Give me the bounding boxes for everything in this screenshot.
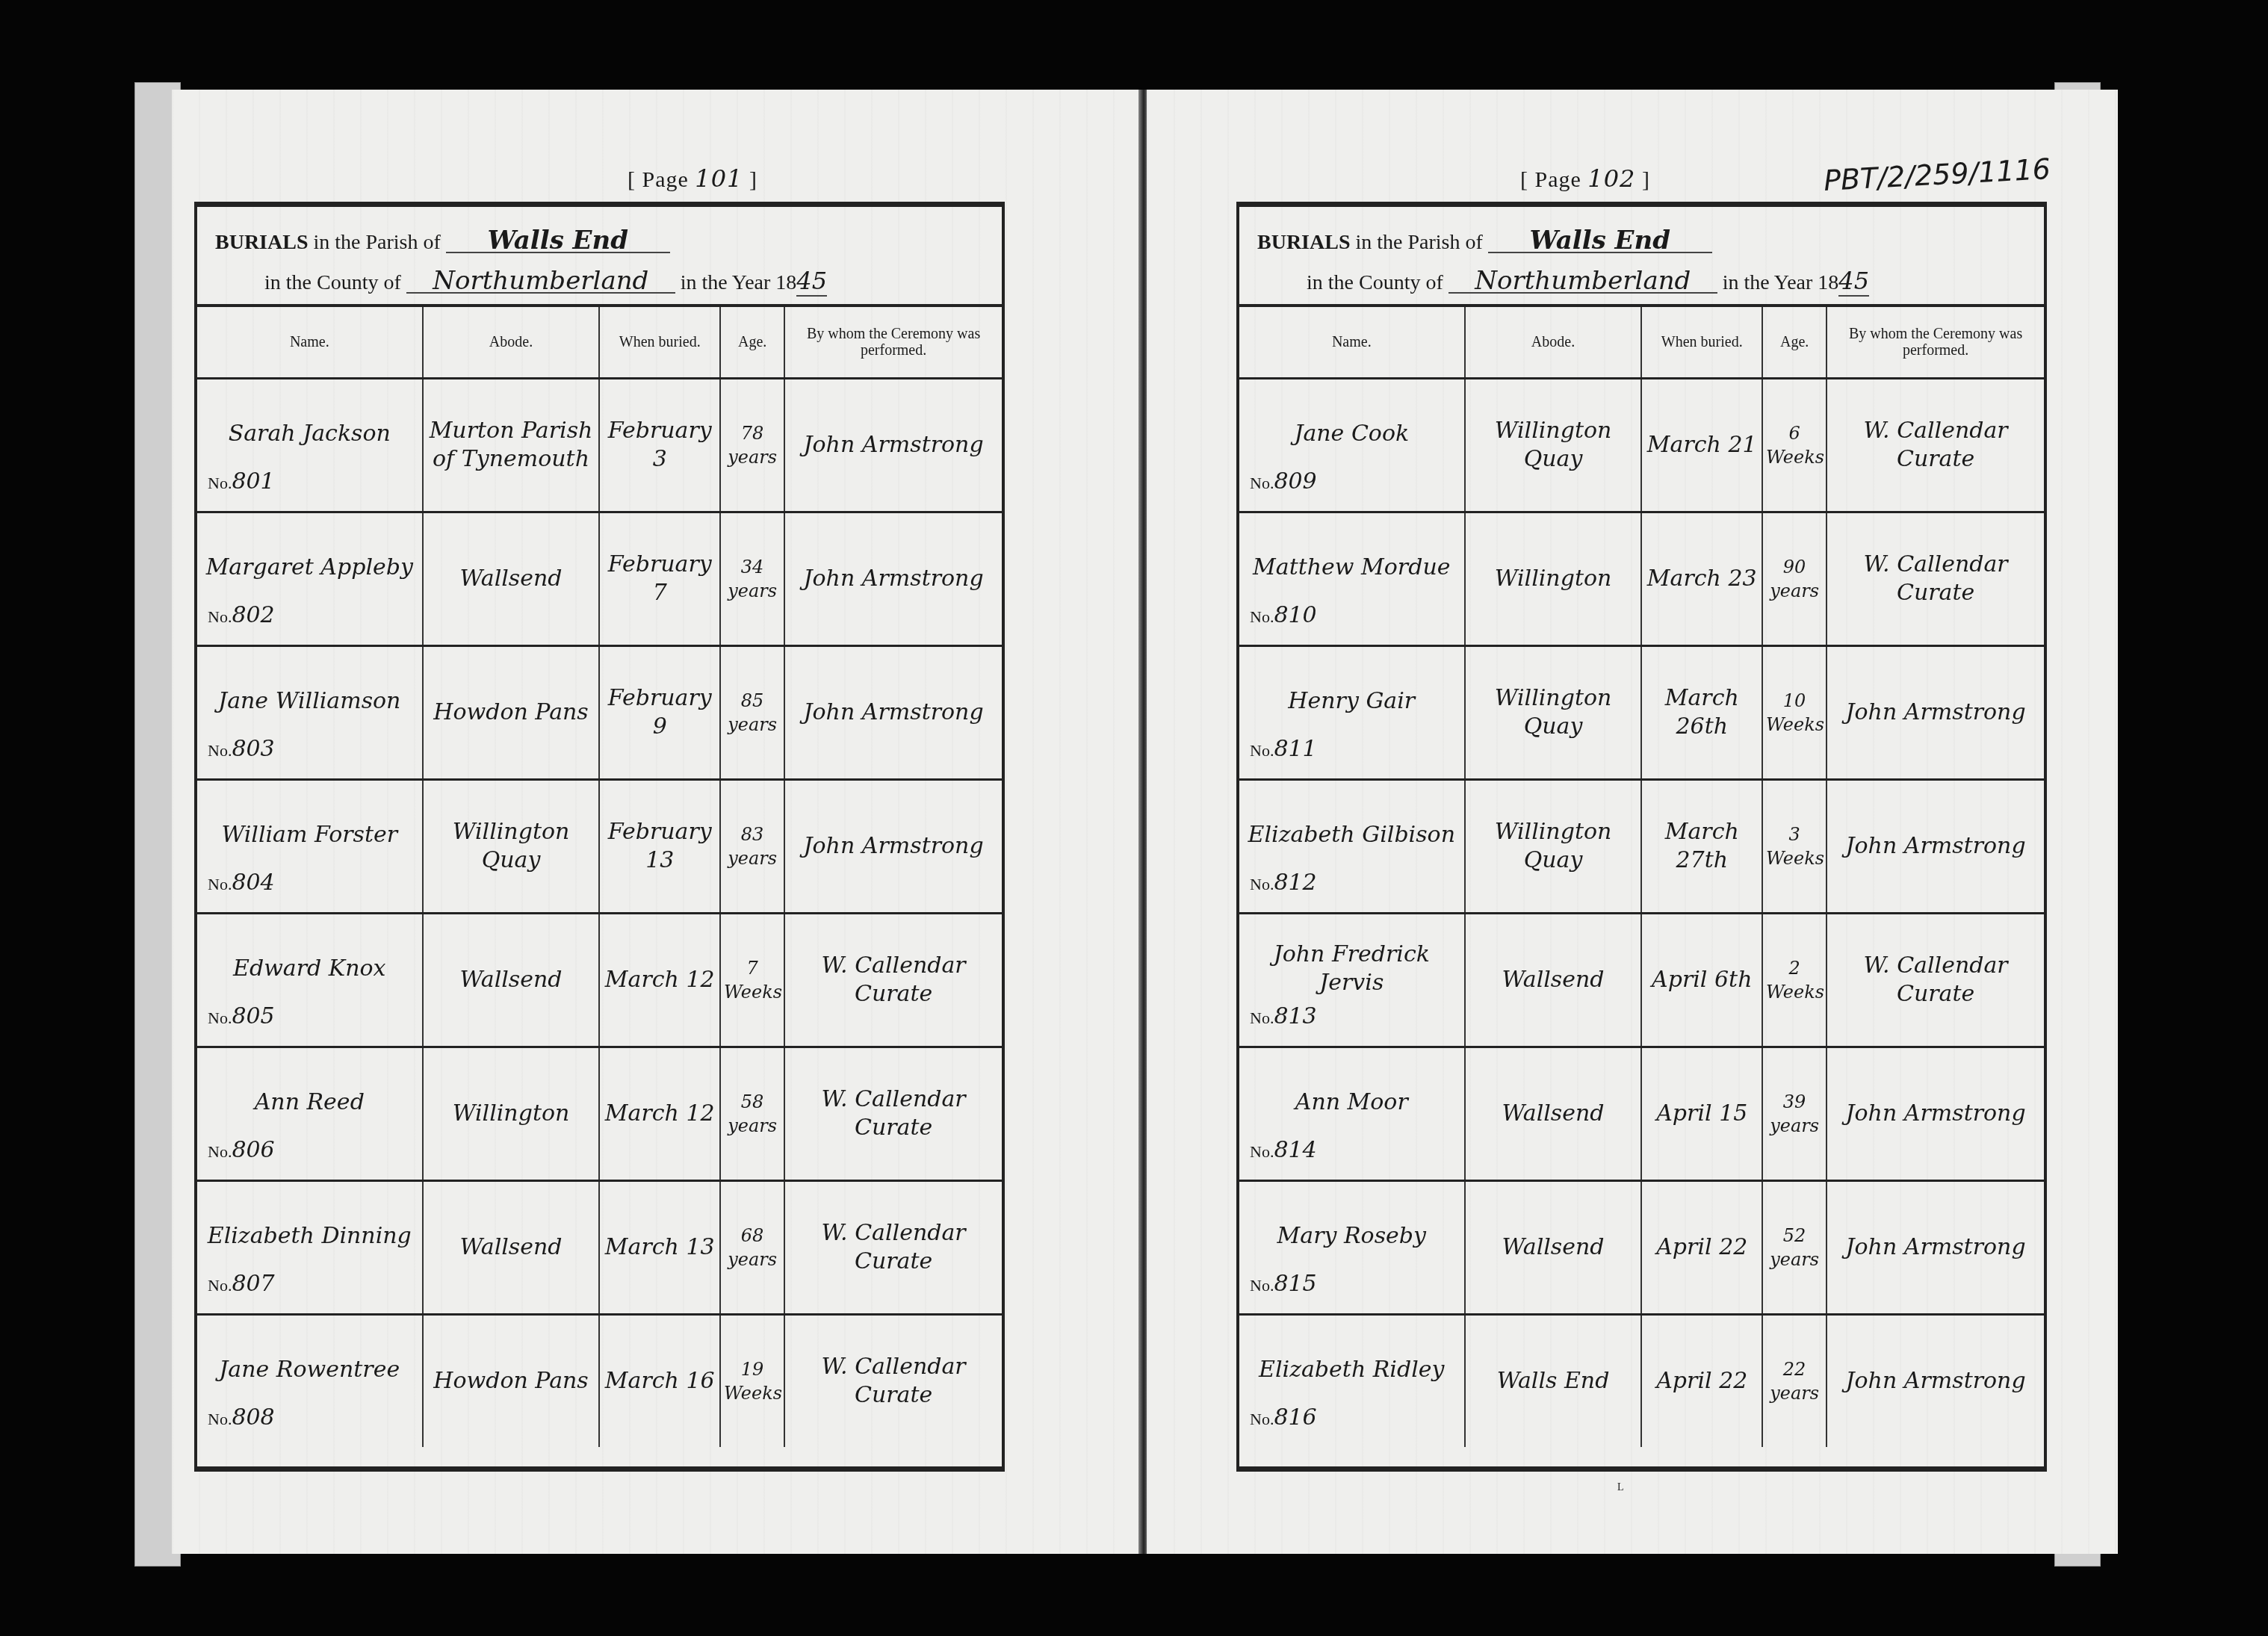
header-when-buried: When buried. <box>1641 307 1762 379</box>
cell-abode: Wallsend <box>423 512 600 646</box>
header-officiant: By whom the Ceremony was performed. <box>1827 307 2044 379</box>
cell-when-buried: April 22 <box>1641 1181 1762 1315</box>
cell-officiant: W. Callendar Curate <box>784 1181 1002 1315</box>
header-age: Age. <box>720 307 784 379</box>
cell-officiant: John Armstrong <box>1827 646 2044 780</box>
cell-age: 3 Weeks <box>1762 780 1827 914</box>
table-row: Jane WilliamsonNo.803Howdon PansFebruary… <box>197 646 1002 780</box>
header-abode: Abode. <box>423 307 600 379</box>
cell-name: Margaret ApplebyNo.802 <box>197 512 423 646</box>
cell-name: Jane CookNo.809 <box>1239 379 1465 512</box>
entry-number: No.816 <box>1250 1404 1317 1434</box>
county-value: Northumberland <box>406 270 675 294</box>
cell-when-buried: March 23 <box>1641 512 1762 646</box>
header-name: Name. <box>1239 307 1465 379</box>
cell-name: Edward KnoxNo.805 <box>197 914 423 1047</box>
header-name: Name. <box>197 307 423 379</box>
cell-age: 39 years <box>1762 1047 1827 1181</box>
cell-age: 58 years <box>720 1047 784 1181</box>
table-row: Elizabeth DinningNo.807WallsendMarch 136… <box>197 1181 1002 1315</box>
page-number: [ Page 102 ] <box>1520 164 1650 193</box>
cell-age: 83 years <box>720 780 784 914</box>
entry-number: No.801 <box>208 468 275 498</box>
cell-name: Elizabeth RidleyNo.816 <box>1239 1315 1465 1448</box>
cell-when-buried: March 21 <box>1641 379 1762 512</box>
burial-register-table: BURIALS in the Parish of Walls End in th… <box>194 202 1005 1472</box>
cell-abode: Willington <box>1465 512 1642 646</box>
cell-when-buried: February 13 <box>599 780 720 914</box>
cell-when-buried: March 16 <box>599 1315 720 1448</box>
entry-number: No.805 <box>208 1003 275 1032</box>
table-row: Margaret ApplebyNo.802WallsendFebruary 7… <box>197 512 1002 646</box>
table-row: Jane RowentreeNo.808Howdon PansMarch 161… <box>197 1315 1002 1448</box>
page-101: [ Page 101 ] BURIALS in the Parish of Wa… <box>172 90 1143 1554</box>
cell-age: 78 years <box>720 379 784 512</box>
cell-name: Elizabeth GilbisonNo.812 <box>1239 780 1465 914</box>
cell-abode: Wallsend <box>423 914 600 1047</box>
year-value: 45 <box>1838 267 1869 297</box>
table-row: Elizabeth RidleyNo.816Walls EndApril 222… <box>1239 1315 2044 1448</box>
page-number: [ Page 101 ] <box>628 164 757 193</box>
page-102: [ Page 102 ] PBT/2/259/1116 BURIALS in t… <box>1147 90 2118 1554</box>
archive-reference: PBT/2/259/1116 <box>1823 152 2051 197</box>
cell-when-buried: March 26th <box>1641 646 1762 780</box>
cell-when-buried: March 27th <box>1641 780 1762 914</box>
cell-officiant: W. Callendar Curate <box>1827 379 2044 512</box>
table-row: Edward KnoxNo.805WallsendMarch 127 Weeks… <box>197 914 1002 1047</box>
cell-abode: Walls End <box>1465 1315 1642 1448</box>
table-row: Ann ReedNo.806WillingtonMarch 1258 years… <box>197 1047 1002 1181</box>
open-register-book: [ Page 101 ] BURIALS in the Parish of Wa… <box>120 82 2099 1569</box>
year-value: 45 <box>796 267 827 297</box>
cell-age: 52 years <box>1762 1181 1827 1315</box>
entry-number: No.812 <box>1250 869 1317 899</box>
cell-age: 68 years <box>720 1181 784 1315</box>
cell-when-buried: April 15 <box>1641 1047 1762 1181</box>
table-row: John Fredrick JervisNo.813WallsendApril … <box>1239 914 2044 1047</box>
entry-number: No.807 <box>208 1270 275 1300</box>
cell-age: 19 Weeks <box>720 1315 784 1448</box>
table-row: Sarah JacksonNo.801Murton Parish of Tyne… <box>197 379 1002 512</box>
cell-name: Elizabeth DinningNo.807 <box>197 1181 423 1315</box>
cell-abode: Willington <box>423 1047 600 1181</box>
cell-name: Matthew MordueNo.810 <box>1239 512 1465 646</box>
register-heading: BURIALS in the Parish of Walls End in th… <box>197 207 1002 307</box>
cell-abode: Willington Quay <box>1465 379 1642 512</box>
cell-abode: Wallsend <box>1465 1047 1642 1181</box>
cell-abode: Howdon Pans <box>423 646 600 780</box>
entry-number: No.804 <box>208 869 275 899</box>
header-officiant: By whom the Ceremony was performed. <box>784 307 1002 379</box>
register-heading: BURIALS in the Parish of Walls End in th… <box>1239 207 2044 307</box>
cell-officiant: W. Callendar Curate <box>784 1315 1002 1448</box>
cell-officiant: John Armstrong <box>1827 1047 2044 1181</box>
cell-name: John Fredrick JervisNo.813 <box>1239 914 1465 1047</box>
cell-when-buried: March 12 <box>599 914 720 1047</box>
cell-abode: Murton Parish of Tynemouth <box>423 379 600 512</box>
cell-officiant: W. Callendar Curate <box>1827 914 2044 1047</box>
entry-number: No.811 <box>1250 735 1317 765</box>
cell-name: Jane RowentreeNo.808 <box>197 1315 423 1448</box>
entries-table: Name. Abode. When buried. Age. By whom t… <box>1239 307 2044 1447</box>
table-row: William ForsterNo.804Willington QuayFebr… <box>197 780 1002 914</box>
cell-name: Jane WilliamsonNo.803 <box>197 646 423 780</box>
cell-name: Sarah JacksonNo.801 <box>197 379 423 512</box>
cell-when-buried: February 3 <box>599 379 720 512</box>
entry-number: No.806 <box>208 1136 275 1166</box>
cell-when-buried: March 12 <box>599 1047 720 1181</box>
cell-age: 6 Weeks <box>1762 379 1827 512</box>
cell-when-buried: April 6th <box>1641 914 1762 1047</box>
entry-number: No.809 <box>1250 468 1317 498</box>
cell-officiant: John Armstrong <box>784 379 1002 512</box>
entry-number: No.813 <box>1250 1003 1317 1032</box>
cell-name: Ann ReedNo.806 <box>197 1047 423 1181</box>
cell-abode: Willington Quay <box>1465 780 1642 914</box>
entries-table: Name. Abode. When buried. Age. By whom t… <box>197 307 1002 1447</box>
cell-abode: Willington Quay <box>1465 646 1642 780</box>
cell-abode: Wallsend <box>1465 914 1642 1047</box>
entry-number: No.814 <box>1250 1136 1317 1166</box>
entry-number: No.803 <box>208 735 275 765</box>
cell-name: Henry GairNo.811 <box>1239 646 1465 780</box>
entry-number: No.802 <box>208 601 275 631</box>
table-row: Jane CookNo.809Willington QuayMarch 216 … <box>1239 379 2044 512</box>
header-abode: Abode. <box>1465 307 1642 379</box>
entry-number: No.808 <box>208 1404 275 1434</box>
cell-age: 34 years <box>720 512 784 646</box>
cell-officiant: John Armstrong <box>1827 780 2044 914</box>
parish-value: Walls End <box>1488 229 1712 253</box>
cell-abode: Willington Quay <box>423 780 600 914</box>
column-headers: Name. Abode. When buried. Age. By whom t… <box>197 307 1002 379</box>
cell-abode: Wallsend <box>423 1181 600 1315</box>
cell-abode: Howdon Pans <box>423 1315 600 1448</box>
cell-officiant: John Armstrong <box>784 512 1002 646</box>
entry-number: No.810 <box>1250 601 1317 631</box>
burial-register-table: BURIALS in the Parish of Walls End in th… <box>1236 202 2047 1472</box>
cell-when-buried: March 13 <box>599 1181 720 1315</box>
entry-number: No.815 <box>1250 1270 1317 1300</box>
table-row: Elizabeth GilbisonNo.812Willington QuayM… <box>1239 780 2044 914</box>
cell-officiant: John Armstrong <box>784 780 1002 914</box>
county-value: Northumberland <box>1449 270 1717 294</box>
cell-when-buried: February 7 <box>599 512 720 646</box>
cell-officiant: W. Callendar Curate <box>784 914 1002 1047</box>
cell-officiant: W. Callendar Curate <box>784 1047 1002 1181</box>
cell-officiant: W. Callendar Curate <box>1827 512 2044 646</box>
table-row: Henry GairNo.811Willington QuayMarch 26t… <box>1239 646 2044 780</box>
header-when-buried: When buried. <box>599 307 720 379</box>
column-headers: Name. Abode. When buried. Age. By whom t… <box>1239 307 2044 379</box>
cell-age: 10 Weeks <box>1762 646 1827 780</box>
cell-abode: Wallsend <box>1465 1181 1642 1315</box>
cell-name: Ann MoorNo.814 <box>1239 1047 1465 1181</box>
cell-officiant: John Armstrong <box>1827 1181 2044 1315</box>
cell-age: 90 years <box>1762 512 1827 646</box>
cell-officiant: John Armstrong <box>1827 1315 2044 1448</box>
parish-value: Walls End <box>446 229 670 253</box>
header-age: Age. <box>1762 307 1827 379</box>
cell-age: 85 years <box>720 646 784 780</box>
cell-name: William ForsterNo.804 <box>197 780 423 914</box>
cell-when-buried: February 9 <box>599 646 720 780</box>
cell-age: 2 Weeks <box>1762 914 1827 1047</box>
cell-when-buried: April 22 <box>1641 1315 1762 1448</box>
cell-officiant: John Armstrong <box>784 646 1002 780</box>
table-row: Matthew MordueNo.810WillingtonMarch 2390… <box>1239 512 2044 646</box>
cell-name: Mary RosebyNo.815 <box>1239 1181 1465 1315</box>
signature-mark: L <box>1617 1482 1624 1494</box>
cell-age: 7 Weeks <box>720 914 784 1047</box>
table-row: Mary RosebyNo.815WallsendApril 2252 year… <box>1239 1181 2044 1315</box>
cell-age: 22 years <box>1762 1315 1827 1448</box>
table-row: Ann MoorNo.814WallsendApril 1539 yearsJo… <box>1239 1047 2044 1181</box>
